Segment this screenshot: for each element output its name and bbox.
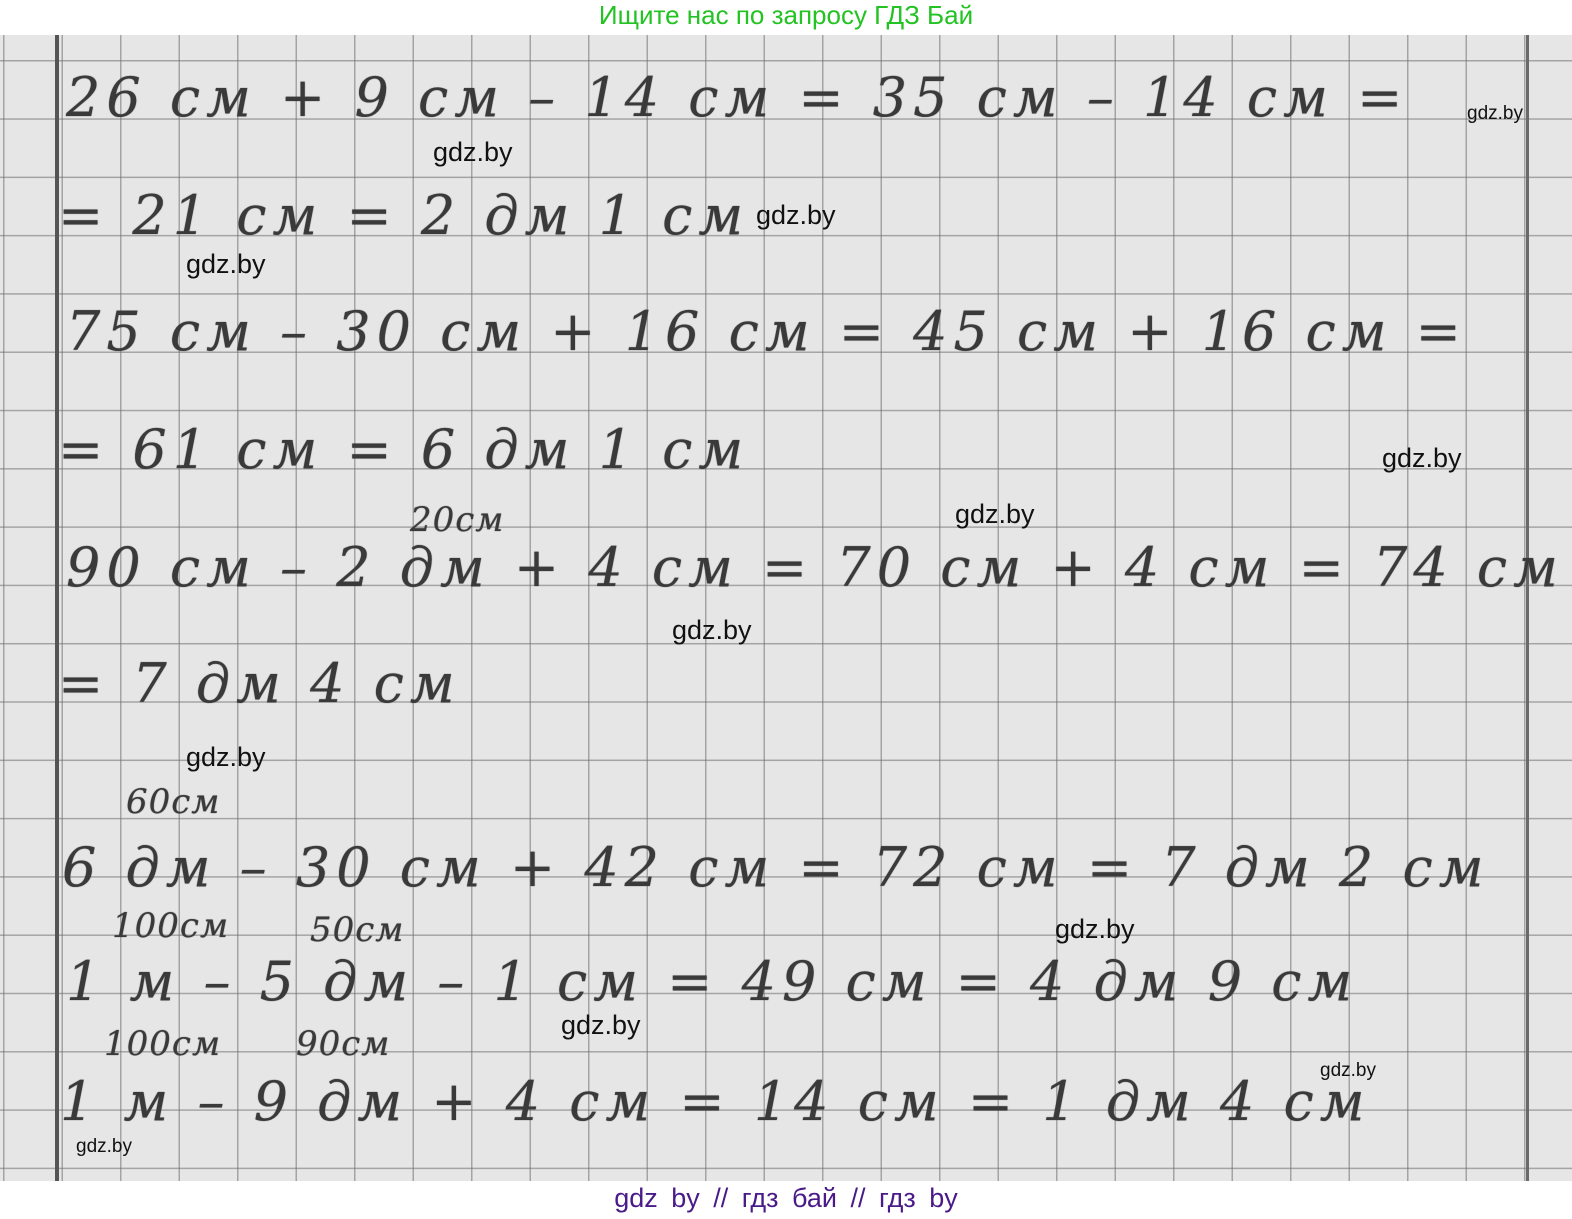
equation-line-8: 1 м – 5 дм – 1 см = 49 см = 4 дм 9 см xyxy=(66,950,1358,1013)
equation-line-9-note-a: 100см xyxy=(104,1024,221,1064)
equation-line-4: = 61 см = 6 дм 1 см xyxy=(58,418,749,481)
watermark: gdz.by xyxy=(1320,1060,1376,1082)
equation-line-3: 75 см – 30 см + 16 см = 45 см + 16 см = xyxy=(66,300,1467,363)
watermark: gdz.by xyxy=(186,742,266,773)
site-footer-links: gdz by // гдз бай // гдз by xyxy=(0,1181,1572,1219)
watermark: gdz.by xyxy=(672,615,752,646)
equation-line-8-note-a: 100см xyxy=(112,906,229,946)
watermark: gdz.by xyxy=(76,1136,132,1158)
equation-line-7-note: 60см xyxy=(126,782,221,822)
watermark: gdz.by xyxy=(1467,103,1523,125)
watermark: gdz.by xyxy=(756,200,836,231)
watermark: gdz.by xyxy=(561,1010,641,1041)
equation-line-5-note: 20см xyxy=(410,500,505,540)
equation-line-5: 90 см – 2 дм + 4 см = 70 см + 4 см = 74 … xyxy=(66,536,1572,599)
watermark: gdz.by xyxy=(955,499,1035,530)
equation-line-9-note-b: 90см xyxy=(296,1024,391,1064)
watermark: gdz.by xyxy=(1382,443,1462,474)
site-search-banner: Ищите нас по запросу ГДЗ Бай xyxy=(0,0,1572,34)
equation-line-1: 26 см + 9 см – 14 см = 35 см – 14 см = xyxy=(66,66,1408,129)
watermark: gdz.by xyxy=(1055,914,1135,945)
equation-line-9: 1 м – 9 дм + 4 см = 14 см = 1 дм 4 см xyxy=(60,1070,1371,1133)
watermark: gdz.by xyxy=(433,137,513,168)
equation-line-6: = 7 дм 4 см xyxy=(58,652,461,715)
equation-line-2: = 21 см = 2 дм 1 см xyxy=(58,184,749,247)
equation-line-8-note-b: 50см xyxy=(310,910,405,950)
equation-line-7: 6 дм – 30 см + 42 см = 72 см = 7 дм 2 см xyxy=(62,836,1489,899)
notebook-margin-line-right xyxy=(1526,35,1529,1181)
watermark: gdz.by xyxy=(186,249,266,280)
